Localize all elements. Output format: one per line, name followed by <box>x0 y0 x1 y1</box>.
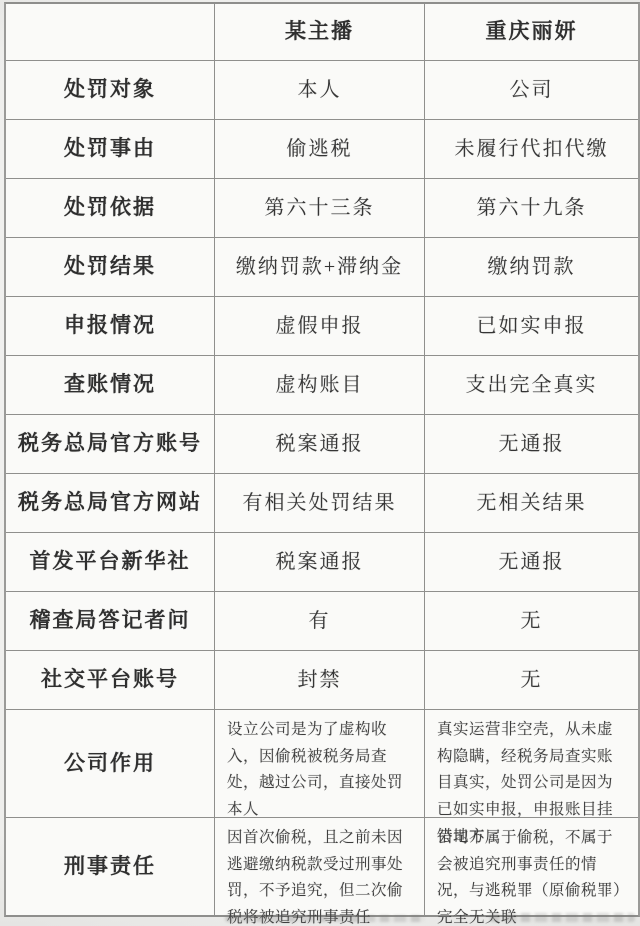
row-label: 税务总局官方账号 <box>6 415 215 474</box>
header-anchor-column: 某主播 <box>215 4 425 61</box>
company-value-cell: 第六十九条 <box>425 179 638 238</box>
company-value-cell: 公司不属于偷税，不属于会被追究刑事责任的情况，与逃税罪（原偷税罪）完全无关联 <box>425 818 638 915</box>
company-value-cell: 无通报 <box>425 415 638 474</box>
anchor-value-cell: 税案通报 <box>215 533 425 592</box>
company-value-cell: 已如实申报 <box>425 297 638 356</box>
header-company-column: 重庆丽妍 <box>425 4 638 61</box>
company-value-cell: 真实运营非空壳，从未虚构隐瞒，经税务局查实账目真实，处罚公司是因为已如实申报，申… <box>425 710 638 818</box>
anchor-value-cell: 税案通报 <box>215 415 425 474</box>
blurred-watermark <box>490 913 635 922</box>
blurred-watermark <box>225 915 425 922</box>
anchor-value-cell: 本人 <box>215 61 425 120</box>
row-label: 刑事责任 <box>6 818 215 915</box>
anchor-value-cell: 有相关处罚结果 <box>215 474 425 533</box>
anchor-value-cell: 虚构账目 <box>215 356 425 415</box>
company-value-cell: 无相关结果 <box>425 474 638 533</box>
row-label: 查账情况 <box>6 356 215 415</box>
anchor-value-cell: 封禁 <box>215 651 425 710</box>
anchor-value-cell: 有 <box>215 592 425 651</box>
row-label: 处罚依据 <box>6 179 215 238</box>
company-value-cell: 无 <box>425 592 638 651</box>
anchor-value-cell: 因首次偷税，且之前未因逃避缴纳税款受过刑事处罚，不予追究，但二次偷税将被追究刑事… <box>215 818 425 915</box>
header-corner-cell <box>6 4 215 61</box>
row-label: 申报情况 <box>6 297 215 356</box>
row-label: 处罚结果 <box>6 238 215 297</box>
company-value-cell: 缴纳罚款 <box>425 238 638 297</box>
penalty-comparison-table: 某主播 重庆丽妍 处罚对象 本人 公司 处罚事由 偷逃税 未履行代扣代缴 处罚依… <box>4 2 640 917</box>
company-value-cell: 无通报 <box>425 533 638 592</box>
row-label: 处罚事由 <box>6 120 215 179</box>
row-label: 首发平台新华社 <box>6 533 215 592</box>
anchor-value-cell: 虚假申报 <box>215 297 425 356</box>
row-label: 稽查局答记者问 <box>6 592 215 651</box>
company-value-cell: 无 <box>425 651 638 710</box>
photographed-document: 某主播 重庆丽妍 处罚对象 本人 公司 处罚事由 偷逃税 未履行代扣代缴 处罚依… <box>0 0 640 926</box>
anchor-value-cell: 偷逃税 <box>215 120 425 179</box>
company-value-cell: 公司 <box>425 61 638 120</box>
anchor-value-cell: 设立公司是为了虚构收入，因偷税被税务局查处，越过公司，直接处罚本人 <box>215 710 425 818</box>
row-label: 公司作用 <box>6 710 215 818</box>
anchor-value-cell: 缴纳罚款+滞纳金 <box>215 238 425 297</box>
company-value-cell: 支出完全真实 <box>425 356 638 415</box>
company-value-cell: 未履行代扣代缴 <box>425 120 638 179</box>
row-label: 税务总局官方网站 <box>6 474 215 533</box>
row-label: 社交平台账号 <box>6 651 215 710</box>
anchor-value-cell: 第六十三条 <box>215 179 425 238</box>
row-label: 处罚对象 <box>6 61 215 120</box>
